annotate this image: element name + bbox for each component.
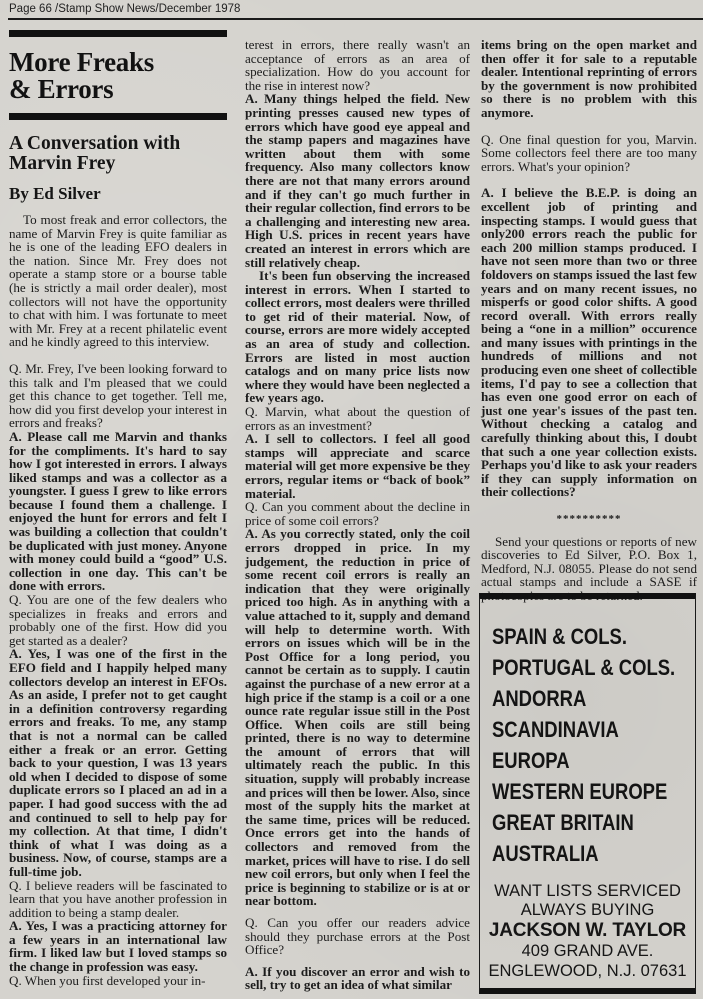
question-paragraph: Q. Mr. Frey, I've been looking forward t… bbox=[9, 362, 227, 430]
country-item: EUROPA bbox=[492, 745, 658, 776]
answer-paragraph: It's been fun observing the increased in… bbox=[245, 269, 470, 405]
country-item: ANDORRA bbox=[492, 683, 658, 714]
answer-paragraph: A. As you correctly stated, only the coi… bbox=[245, 527, 470, 908]
address-line-2: ENGLEWOOD, N.J. 07631 bbox=[480, 961, 695, 981]
country-item: SCANDINAVIA bbox=[492, 714, 658, 745]
question-paragraph: Q. Can you offer our readers advice shou… bbox=[245, 916, 470, 957]
page-folio: Page 66 /Stamp Show News/December 1978 bbox=[9, 3, 240, 15]
headline-top-rule bbox=[9, 30, 227, 37]
answer-paragraph: A. If you discover an error and wish to … bbox=[245, 965, 470, 992]
question-paragraph: Q. I believe readers will be fascinated … bbox=[9, 879, 227, 920]
country-item: AUSTRALIA bbox=[492, 838, 658, 869]
article-headline: More Freaks & Errors bbox=[9, 49, 227, 103]
country-item: SPAIN & COLS. bbox=[492, 621, 658, 652]
ad-contact-block: WANT LISTS SERVICED ALWAYS BUYING JACKSO… bbox=[480, 882, 695, 981]
subhead-line-2: Marvin Frey bbox=[9, 154, 227, 174]
question-paragraph: Q. Can you comment about the decline in … bbox=[245, 500, 470, 527]
country-list: SPAIN & COLS. PORTUGAL & COLS. ANDORRA S… bbox=[492, 621, 695, 869]
answer-paragraph: A. Many things helped the field. New pri… bbox=[245, 92, 470, 269]
intro-paragraph: To most freak and error collectors, the … bbox=[9, 213, 227, 349]
dealer-advertisement: SPAIN & COLS. PORTUGAL & COLS. ANDORRA S… bbox=[479, 593, 696, 994]
country-item: GREAT BRITAIN bbox=[492, 807, 658, 838]
column-2: terest in errors, there really wasn't an… bbox=[245, 38, 470, 992]
headline-bottom-rule bbox=[9, 113, 227, 120]
ad-tagline-1: WANT LISTS SERVICED bbox=[480, 882, 695, 901]
column-1: More Freaks & Errors A Conversation with… bbox=[9, 30, 227, 987]
header-rule bbox=[8, 18, 703, 20]
answer-paragraph: A. Yes, I was one of the first in the EF… bbox=[9, 647, 227, 878]
dealer-name: JACKSON W. TAYLOR bbox=[480, 920, 695, 941]
column-3: items bring on the open market and then … bbox=[481, 38, 697, 603]
answer-paragraph: A. I sell to collectors. I feel all good… bbox=[245, 432, 470, 500]
section-separator: ********** bbox=[481, 513, 697, 527]
country-item: WESTERN EUROPE bbox=[492, 776, 658, 807]
answer-paragraph: A. I believe the B.E.P. is doing an exce… bbox=[481, 186, 697, 499]
question-paragraph: Q. Marvin, what about the question of er… bbox=[245, 405, 470, 432]
headline-line-2: & Errors bbox=[9, 76, 227, 103]
question-paragraph: Q. One final question for you, Marvin. S… bbox=[481, 133, 697, 174]
headline-line-1: More Freaks bbox=[9, 49, 227, 76]
subhead-line-1: A Conversation with bbox=[9, 134, 227, 154]
country-item: PORTUGAL & COLS. bbox=[492, 652, 658, 683]
article-subhead: A Conversation with Marvin Frey bbox=[9, 134, 227, 174]
question-paragraph: Q. You are one of the few dealers who sp… bbox=[9, 593, 227, 647]
ad-tagline-2: ALWAYS BUYING bbox=[480, 901, 695, 920]
answer-paragraph: items bring on the open market and then … bbox=[481, 38, 697, 120]
magazine-page: Page 66 /Stamp Show News/December 1978 M… bbox=[0, 0, 703, 999]
question-paragraph: Q. When you first developed your in- bbox=[9, 974, 227, 988]
address-line-1: 409 GRAND AVE. bbox=[480, 941, 695, 961]
answer-paragraph: A. Please call me Marvin and thanks for … bbox=[9, 430, 227, 593]
byline: By Ed Silver bbox=[9, 185, 227, 203]
answer-paragraph: A. Yes, I was a practicing attorney for … bbox=[9, 919, 227, 973]
question-paragraph: terest in errors, there really wasn't an… bbox=[245, 38, 470, 92]
